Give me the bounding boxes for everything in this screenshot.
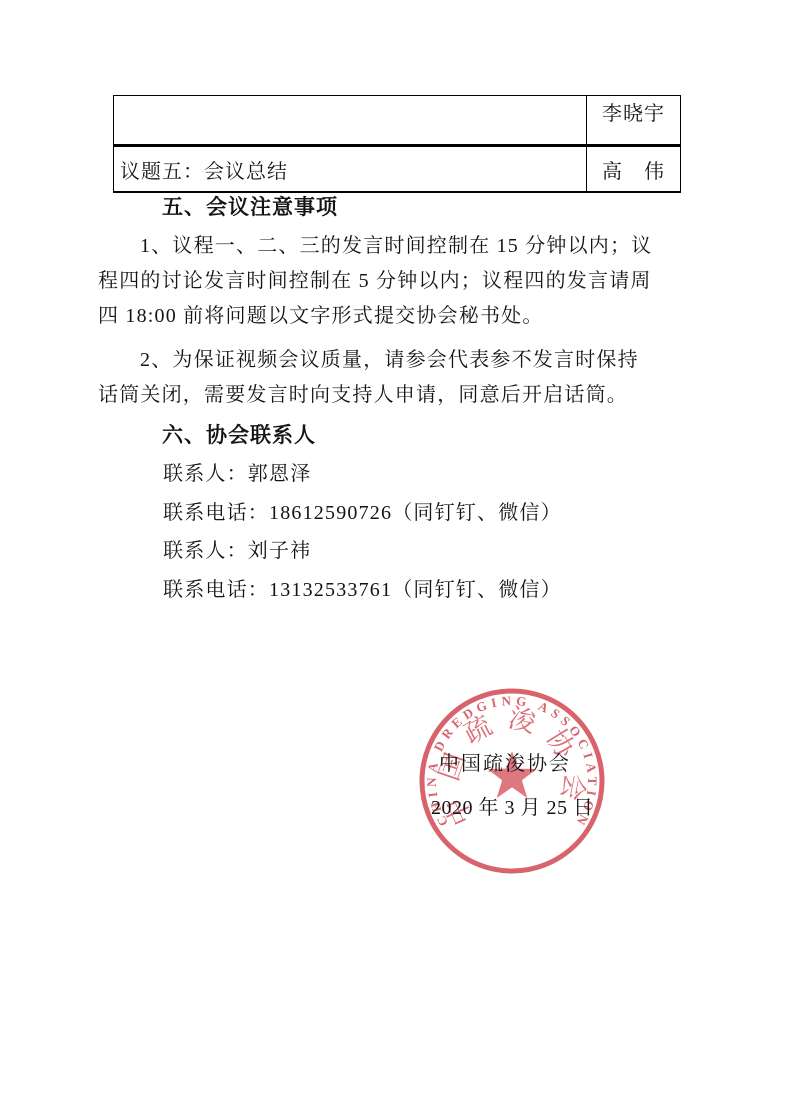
agenda-topic-cell	[114, 96, 587, 146]
paragraph-line: 四 18:00 前将问题以文字形式提交协会秘书处。	[98, 299, 688, 334]
contact-person: 联系人：郭恩泽	[163, 455, 562, 494]
paragraph-line: 程四的讨论发言时间控制在 5 分钟以内；议程四的发言请周	[98, 264, 688, 299]
section-heading-contacts: 六、协会联系人	[162, 423, 316, 449]
paragraph-line: 1、议程一、二、三的发言时间控制在 15 分钟以内；议	[98, 229, 688, 264]
table-row: 李晓宇	[114, 96, 681, 146]
paragraph-microphone: 2、为保证视频会议质量，请参会代表参不发言时保持 话筒关闭，需要发言时向支持人申…	[98, 343, 688, 413]
signature-organization: 中国疏浚协会	[439, 747, 571, 776]
contact-phone: 联系电话：18612590726（同钉钉、微信）	[163, 494, 562, 533]
agenda-speaker-cell: 高 伟	[587, 146, 681, 193]
contact-phone: 联系电话：13132533761（同钉钉、微信）	[163, 571, 562, 610]
section-heading-notes: 五、会议注意事项	[162, 195, 338, 221]
paragraph-time-limits: 1、议程一、二、三的发言时间控制在 15 分钟以内；议 程四的讨论发言时间控制在…	[98, 229, 688, 334]
paragraph-line: 话筒关闭，需要发言时向支持人申请，同意后开启话筒。	[98, 378, 688, 413]
signature-date: 2020 年 3 月 25 日	[431, 791, 594, 820]
seal-graphic: CHINA DREDGING ASSOCIATION 中国疏浚协会	[415, 684, 609, 878]
official-seal: CHINA DREDGING ASSOCIATION 中国疏浚协会	[415, 684, 609, 878]
contact-list: 联系人：郭恩泽 联系电话：18612590726（同钉钉、微信） 联系人：刘子祎…	[163, 455, 562, 609]
document-page: 李晓宇 议题五：会议总结 高 伟 五、会议注意事项 1、议程一、二、三的发言时间…	[0, 0, 794, 1111]
paragraph-line: 2、为保证视频会议质量，请参会代表参不发言时保持	[98, 343, 688, 378]
agenda-table: 李晓宇 议题五：会议总结 高 伟	[113, 95, 681, 193]
table-row: 议题五：会议总结 高 伟	[114, 146, 681, 193]
agenda-speaker-cell: 李晓宇	[587, 96, 681, 146]
contact-person: 联系人：刘子祎	[163, 532, 562, 571]
agenda-topic-cell: 议题五：会议总结	[114, 146, 587, 193]
